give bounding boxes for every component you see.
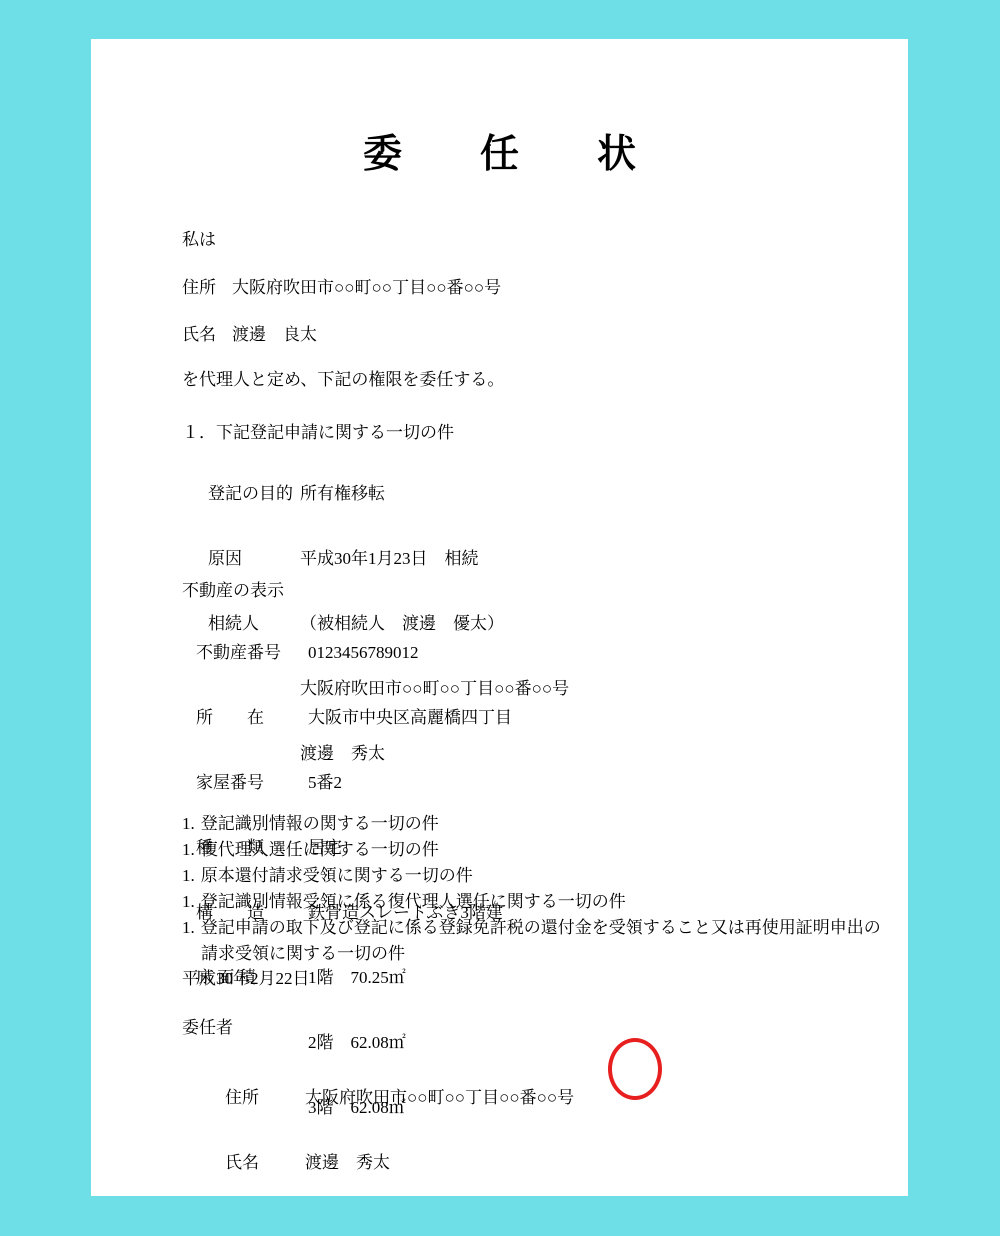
property-location-row: 所 在 大阪市中央区高麗橋四丁目 [196,705,512,730]
power-item-withdrawal-refund: 1.登記申請の取下及び登記に係る登録免許税の還付金を受領すること又は再使用証明申… [182,915,882,967]
power-item-marker: 1. [182,892,195,911]
property-house-number-row: 家屋番号 5番2 [196,770,512,795]
registration-section-heading: １．下記登記申請に関する一切の件 [182,418,454,443]
agent-name-row: 氏名 渡邊 良太 [182,320,317,345]
registration-purpose-label: 登記の目的 [208,481,300,506]
agent-address-row: 住所 大阪府吹田市○○町○○丁目○○番○○号 [182,273,501,298]
principal-address-label: 住所 [225,1085,305,1110]
property-number-label: 不動産番号 [196,640,308,665]
principal-name-row: 氏名 渡邊 秀太 [225,1150,574,1175]
power-item-sub-agent-receipt: 1.登記識別情報受領に係る復代理人選任に関する一切の件 [182,889,882,915]
power-item-original-return: 1.原本還付請求受領に関する一切の件 [182,863,882,889]
power-item-marker: 1. [182,814,195,833]
property-number-row: 不動産番号 0123456789012 [196,640,512,665]
power-item-marker: 1. [182,866,195,885]
property-number-value: 0123456789012 [308,640,419,665]
agent-address-value: 大阪府吹田市○○町○○丁目○○番○○号 [232,273,501,298]
power-item-text: 原本還付請求受領に関する一切の件 [201,866,473,885]
power-item-text: 登記識別情報の関する一切の件 [201,814,439,833]
power-item-text: 登記識別情報受領に係る復代理人選任に関する一切の件 [201,892,626,911]
property-section-heading: 不動産の表示 [182,576,284,601]
agent-name-value: 渡邊 良太 [232,320,317,345]
power-item-text: 登記申請の取下及び登記に係る登録免許税の還付金を受領すること又は再使用証明申出の… [201,918,881,963]
principal-name-value: 渡邊 秀太 [305,1150,390,1175]
agent-name-label: 氏名 [182,320,232,345]
intro-opening: 私は [182,225,216,250]
registration-cause-label: 原因 [208,546,300,571]
document-date: 平成30年2月22日 [182,964,310,989]
property-location-label: 所 在 [196,705,308,730]
power-item-marker: 1. [182,840,195,859]
principal-details: 住所 大阪府吹田市○○町○○丁目○○番○○号 氏名 渡邊 秀太 [225,1045,574,1215]
principal-name-label: 氏名 [225,1150,305,1175]
property-house-number-label: 家屋番号 [196,770,308,795]
registration-cause-value: 平成30年1月23日 相続 [300,546,479,571]
registration-purpose-value: 所有権移転 [300,481,385,506]
power-item-text: 復代理人選任に関する一切の件 [201,840,439,859]
principal-heading: 委任者 [182,1013,233,1038]
principal-address-row: 住所 大阪府吹田市○○町○○丁目○○番○○号 [225,1085,574,1110]
principal-address-value: 大阪府吹田市○○町○○丁目○○番○○号 [305,1085,574,1110]
agent-address-label: 住所 [182,273,232,298]
seal-circle [608,1038,662,1100]
delegated-powers-list: 1.登記識別情報の関する一切の件 1.復代理人選任に関する一切の件 1.原本還付… [182,811,882,967]
registration-cause-row: 原因 平成30年1月23日 相続 [208,546,569,571]
property-floor-area-1f-value: 1階 70.25㎡ [308,965,406,990]
property-house-number-value: 5番2 [308,770,342,795]
power-item-sub-agent: 1.復代理人選任に関する一切の件 [182,837,882,863]
power-item-identification-info: 1.登記識別情報の関する一切の件 [182,811,882,837]
document-background: 委 任 状 私は 住所 大阪府吹田市○○町○○丁目○○番○○号 氏名 渡邊 良太… [0,0,1000,1236]
property-location-value: 大阪市中央区高麗橋四丁目 [308,705,512,730]
document-title: 委 任 状 [91,134,908,177]
delegation-statement: を代理人と定め、下記の権限を委任する。 [182,365,504,390]
power-of-attorney-page: 委 任 状 私は 住所 大阪府吹田市○○町○○丁目○○番○○号 氏名 渡邊 良太… [91,39,908,1196]
registration-purpose-row: 登記の目的 所有権移転 [208,481,569,506]
power-item-marker: 1. [182,918,195,937]
